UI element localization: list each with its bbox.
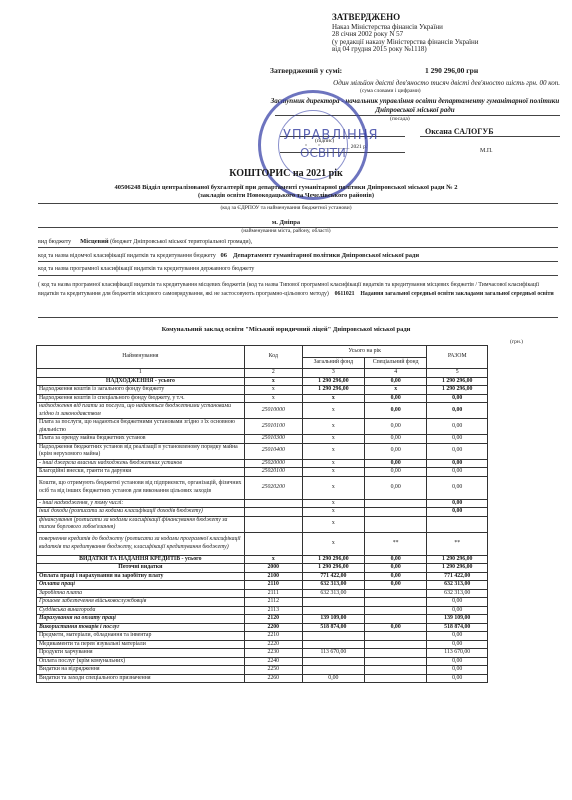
divider bbox=[38, 261, 558, 262]
row-total: 113 670,00 bbox=[427, 649, 488, 658]
row-name: НАДХОДЖЕННЯ - усього bbox=[37, 377, 245, 386]
table-row: повернення кредитів до бюджету (розписат… bbox=[37, 532, 488, 555]
row-special-fund bbox=[364, 632, 427, 641]
program-classification: ( код та назва програмної класифікації в… bbox=[38, 281, 558, 298]
row-name: Медикаменти та перев`язувальні матеріали bbox=[37, 640, 245, 649]
department-classification: код та назва відомчої класифікації видат… bbox=[38, 252, 419, 259]
row-code: 2100 bbox=[244, 572, 302, 581]
divider bbox=[38, 275, 558, 276]
column-number: 4 bbox=[364, 369, 427, 378]
row-general-fund: 1 290 296,00 bbox=[302, 386, 364, 395]
row-total: 0,00 bbox=[427, 419, 488, 435]
row-special-fund: 0,00 bbox=[364, 623, 427, 632]
row-general-fund: 518 874,00 bbox=[302, 623, 364, 632]
row-name: Оплата праці і нарахування на заробітну … bbox=[37, 572, 245, 581]
row-name: Видатки на відрядження bbox=[37, 666, 245, 675]
table-row: - інші надходження, у тому числі:х0,00 bbox=[37, 499, 488, 508]
row-general-fund: х bbox=[302, 443, 364, 459]
header-year-total: Усього на рік bbox=[302, 346, 427, 358]
budget-type-note: (бюджет Дніпровської міської територіаль… bbox=[110, 239, 252, 245]
row-code: 2113 bbox=[244, 606, 302, 615]
row-special-fund: 0,00 bbox=[364, 476, 427, 499]
row-total: 0,00 bbox=[427, 632, 488, 641]
table-row: Грошове забезпечення військовослужбовців… bbox=[37, 598, 488, 607]
divider bbox=[38, 203, 558, 204]
row-name: Використання товарів і послуг bbox=[37, 623, 245, 632]
row-name: Грошове забезпечення військовослужбовців bbox=[37, 598, 245, 607]
row-code: 25020200 bbox=[244, 476, 302, 499]
row-total: 0,00 bbox=[427, 606, 488, 615]
row-total: 0,00 bbox=[427, 598, 488, 607]
row-total: 139 109,00 bbox=[427, 615, 488, 624]
table-row: Оплата праці2110632 313,000,00632 313,00 bbox=[37, 581, 488, 590]
row-total: 632 313,00 bbox=[427, 589, 488, 598]
row-general-fund bbox=[302, 632, 364, 641]
row-special-fund bbox=[364, 508, 427, 517]
row-general-fund: 1 290 296,00 bbox=[302, 377, 364, 386]
row-total: 0,00 bbox=[427, 666, 488, 675]
row-general-fund: 632 313,00 bbox=[302, 581, 364, 590]
state-classification-label: код та назва програмної класифікації вид… bbox=[38, 266, 254, 272]
program-name: Надання загальної середньої освіти закла… bbox=[360, 291, 553, 297]
row-general-fund: 113 670,00 bbox=[302, 649, 364, 658]
sum-in-words-caption: (сума словами і цифрами) bbox=[360, 88, 421, 94]
table-row: Плата за оренду майна бюджетних установ2… bbox=[37, 435, 488, 444]
row-name: ВИДАТКИ ТА НАДАННЯ КРЕДИТІВ - усього bbox=[37, 555, 245, 564]
row-special-fund bbox=[364, 615, 427, 624]
table-row: Плата за послуги, що надаються бюджетним… bbox=[37, 419, 488, 435]
row-special-fund bbox=[364, 589, 427, 598]
row-special-fund: ** bbox=[364, 532, 427, 555]
row-special-fund: 0,00 bbox=[364, 555, 427, 564]
row-code bbox=[244, 508, 302, 517]
table-row: Надходження коштів із загального фонду б… bbox=[37, 386, 488, 395]
row-code: 2200 bbox=[244, 623, 302, 632]
row-total: 1 290 296,00 bbox=[427, 555, 488, 564]
budget-type-value: Місцевий bbox=[80, 238, 108, 245]
approved-sum-label: Затверджений у сумі: bbox=[270, 66, 342, 75]
department-name: Департамент гуманітарної політики Дніпро… bbox=[233, 252, 419, 259]
column-number: 2 bbox=[244, 369, 302, 378]
row-special-fund bbox=[364, 598, 427, 607]
row-name: Плата за оренду майна бюджетних установ bbox=[37, 435, 245, 444]
row-total: 0,00 bbox=[427, 657, 488, 666]
row-name: Оплата праці bbox=[37, 581, 245, 590]
table-row: Предмети, матеріали, обладнання та інвен… bbox=[37, 632, 488, 641]
table-row: Використання товарів і послуг2200518 874… bbox=[37, 623, 488, 632]
row-general-fund: 1 290 296,00 bbox=[302, 564, 364, 573]
row-special-fund bbox=[364, 499, 427, 508]
row-total: 0,00 bbox=[427, 435, 488, 444]
signer-name: Оксана САЛОГУБ bbox=[425, 127, 493, 136]
department-label: код та назва відомчої класифікації видат… bbox=[38, 253, 216, 259]
row-special-fund bbox=[364, 657, 427, 666]
row-name: повернення кредитів до бюджету (розписат… bbox=[37, 532, 245, 555]
row-code: 25010100 bbox=[244, 419, 302, 435]
table-row: Кошти, що отримують бюджетні установи ві… bbox=[37, 476, 488, 499]
approval-line: від 04 грудня 2015 року №1118) bbox=[332, 46, 479, 54]
row-name: Оплата послуг (крім комунальних) bbox=[37, 657, 245, 666]
row-special-fund: 0,00 bbox=[364, 459, 427, 468]
row-total: 0,00 bbox=[427, 468, 488, 477]
department-code: 06 bbox=[220, 252, 227, 259]
row-general-fund: х bbox=[302, 532, 364, 555]
row-special-fund: 0,00 bbox=[364, 564, 427, 573]
row-general-fund: 632 313,00 bbox=[302, 589, 364, 598]
column-number: 1 bbox=[37, 369, 245, 378]
row-code: 25010300 bbox=[244, 435, 302, 444]
row-total bbox=[427, 516, 488, 532]
table-row: Медикаменти та перев`язувальні матеріали… bbox=[37, 640, 488, 649]
row-code: 2112 bbox=[244, 598, 302, 607]
row-general-fund: х bbox=[302, 516, 364, 532]
row-name: Надходження коштів із спеціального фонду… bbox=[37, 394, 245, 403]
row-special-fund: 0,00 bbox=[364, 581, 427, 590]
row-code: х bbox=[244, 386, 302, 395]
row-name: Надходження коштів із загального фонду б… bbox=[37, 386, 245, 395]
row-name: Благодійні внески, гранти та дарунки bbox=[37, 468, 245, 477]
row-total: 632 313,00 bbox=[427, 581, 488, 590]
row-code: 25010400 bbox=[244, 443, 302, 459]
row-total: 0,00 bbox=[427, 443, 488, 459]
row-code: 2260 bbox=[244, 674, 302, 683]
row-special-fund: 0,00 bbox=[364, 443, 427, 459]
row-special-fund: 0,00 bbox=[364, 572, 427, 581]
table-row: Благодійні внески, гранти та дарунки2502… bbox=[37, 468, 488, 477]
row-general-fund bbox=[302, 657, 364, 666]
row-name: Суддівська винагорода bbox=[37, 606, 245, 615]
row-special-fund: 0,00 bbox=[364, 403, 427, 419]
stamp-text: ОСВІТИ bbox=[300, 146, 346, 160]
document-title: КОШТОРИС на 2021 рік bbox=[0, 168, 572, 179]
row-code bbox=[244, 532, 302, 555]
program-code: 0611021 bbox=[335, 291, 355, 297]
row-code: 2220 bbox=[244, 640, 302, 649]
row-name: Продукти харчування bbox=[37, 649, 245, 658]
approval-block: ЗАТВЕРДЖЕНО Наказ Міністерства фінансів … bbox=[332, 14, 479, 54]
table-row: Заробітна плата2111632 313,00632 313,00 bbox=[37, 589, 488, 598]
row-total: 0,00 bbox=[427, 640, 488, 649]
row-total: 1 290 296,00 bbox=[427, 377, 488, 386]
row-total: 1 290 296,00 bbox=[427, 564, 488, 573]
header-code: Код bbox=[244, 346, 302, 369]
row-general-fund bbox=[302, 640, 364, 649]
row-general-fund: х bbox=[302, 508, 364, 517]
estimate-table: Найменування Код Усього на рік РАЗОМ Заг… bbox=[36, 345, 488, 683]
seal-place: М.П. bbox=[480, 148, 493, 154]
row-general-fund: х bbox=[302, 403, 364, 419]
row-code: 25020100 bbox=[244, 468, 302, 477]
row-general-fund: х bbox=[302, 459, 364, 468]
row-name: Видатки та заходи спеціального призначен… bbox=[37, 674, 245, 683]
row-name: фінансування (розписати за кодами класиф… bbox=[37, 516, 245, 532]
row-total: 518 874,00 bbox=[427, 623, 488, 632]
row-code: 2000 bbox=[244, 564, 302, 573]
row-special-fund: 0,00 bbox=[364, 468, 427, 477]
organization-caption: (код за ЄДРПОУ та найменування бюджетної… bbox=[0, 205, 572, 211]
header-name: Найменування bbox=[37, 346, 245, 369]
table-row: Надходження коштів із спеціального фонду… bbox=[37, 394, 488, 403]
row-code: 2120 bbox=[244, 615, 302, 624]
sum-in-words: Один мільйон двісті дев'яносто тисяч дві… bbox=[240, 79, 560, 87]
row-general-fund: х bbox=[302, 435, 364, 444]
row-general-fund bbox=[302, 666, 364, 675]
row-code bbox=[244, 516, 302, 532]
column-number: 3 bbox=[302, 369, 364, 378]
row-special-fund: 0,00 bbox=[364, 394, 427, 403]
position-caption: (посада) bbox=[390, 116, 410, 122]
row-code: 25010000 bbox=[244, 403, 302, 419]
table-row: Суддівська винагорода21130,00 bbox=[37, 606, 488, 615]
row-code: 2240 bbox=[244, 657, 302, 666]
divider bbox=[38, 247, 558, 248]
row-code: 2110 bbox=[244, 581, 302, 590]
row-code: х bbox=[244, 377, 302, 386]
row-special-fund bbox=[364, 606, 427, 615]
row-total: 0,00 bbox=[427, 476, 488, 499]
row-name: - інші надходження, у тому числі: bbox=[37, 499, 245, 508]
table-row: Поточні видатки20001 290 296,000,001 290… bbox=[37, 564, 488, 573]
row-total: 1 290 296,00 bbox=[427, 386, 488, 395]
table-row: НАДХОДЖЕННЯ - усьогох1 290 296,000,001 2… bbox=[37, 377, 488, 386]
divider bbox=[420, 136, 560, 137]
row-code: 2250 bbox=[244, 666, 302, 675]
row-general-fund: х bbox=[302, 394, 364, 403]
header-general-fund: Загальний фонд bbox=[302, 357, 364, 369]
organization-line: (закладів освіти Новокодацького та Чечел… bbox=[0, 192, 572, 200]
row-name: Нарахування на оплату праці bbox=[37, 615, 245, 624]
table-row: Продукти харчування2230113 670,00113 670… bbox=[37, 649, 488, 658]
table-row: Надходження бюджетних установ від реаліз… bbox=[37, 443, 488, 459]
row-special-fund bbox=[364, 640, 427, 649]
row-general-fund bbox=[302, 598, 364, 607]
row-name: Плата за послуги, що надаються бюджетним… bbox=[37, 419, 245, 435]
stamp-text: УПРАВЛІННЯ bbox=[283, 128, 379, 143]
row-general-fund: х bbox=[302, 468, 364, 477]
row-name: Предмети, матеріали, обладнання та інвен… bbox=[37, 632, 245, 641]
row-total: 0,00 bbox=[427, 459, 488, 468]
row-code: 2111 bbox=[244, 589, 302, 598]
budget-type: вид бюджету Місцевий (бюджет Дніпровсько… bbox=[38, 238, 252, 245]
row-special-fund: 0,00 bbox=[364, 435, 427, 444]
row-total: 771 422,00 bbox=[427, 572, 488, 581]
row-code: 2210 bbox=[244, 632, 302, 641]
row-code: 25020000 bbox=[244, 459, 302, 468]
table-row: Оплата праці і нарахування на заробітну … bbox=[37, 572, 488, 581]
row-code: х bbox=[244, 394, 302, 403]
header-total: РАЗОМ bbox=[427, 346, 488, 369]
row-name: надходження від плати за послуги, що над… bbox=[37, 403, 245, 419]
row-code bbox=[244, 499, 302, 508]
table-row: ВИДАТКИ ТА НАДАННЯ КРЕДИТІВ - усьогох1 2… bbox=[37, 555, 488, 564]
row-special-fund: х bbox=[364, 386, 427, 395]
row-total: 0,00 bbox=[427, 508, 488, 517]
row-code: 2230 bbox=[244, 649, 302, 658]
header-special-fund: Спеціальний фонд bbox=[364, 357, 427, 369]
row-special-fund bbox=[364, 516, 427, 532]
column-number: 5 bbox=[427, 369, 488, 378]
table-row: фінансування (розписати за кодами класиф… bbox=[37, 516, 488, 532]
approved-sum-value: 1 290 296,00 грн bbox=[425, 66, 478, 75]
row-general-fund: х bbox=[302, 419, 364, 435]
row-special-fund: 0,00 bbox=[364, 419, 427, 435]
row-special-fund bbox=[364, 666, 427, 675]
organization-line: 40506248 Відділ централізованої бухгалте… bbox=[0, 184, 572, 192]
table-row: інші доходи (розписати за кодами класифі… bbox=[37, 508, 488, 517]
row-general-fund: 771 422,00 bbox=[302, 572, 364, 581]
divider bbox=[38, 317, 558, 318]
row-special-fund: 0,00 bbox=[364, 377, 427, 386]
organization-name: 40506248 Відділ централізованої бухгалте… bbox=[0, 184, 572, 200]
row-special-fund bbox=[364, 649, 427, 658]
row-total: 0,00 bbox=[427, 394, 488, 403]
row-general-fund: х bbox=[302, 499, 364, 508]
row-general-fund bbox=[302, 606, 364, 615]
row-name: інші доходи (розписати за кодами класифі… bbox=[37, 508, 245, 517]
table-row: Нарахування на оплату праці2120139 109,0… bbox=[37, 615, 488, 624]
institution-name: Комунальний заклад освіти "Міський юриди… bbox=[0, 326, 572, 333]
currency-note: (грн.) bbox=[510, 339, 523, 345]
row-general-fund: 1 290 296,00 bbox=[302, 555, 364, 564]
row-name: Кошти, що отримують бюджетні установи ві… bbox=[37, 476, 245, 499]
row-code: х bbox=[244, 555, 302, 564]
row-total: 0,00 bbox=[427, 499, 488, 508]
row-total: 0,00 bbox=[427, 403, 488, 419]
row-name: Поточні видатки bbox=[37, 564, 245, 573]
table-row: Видатки на відрядження22500,00 bbox=[37, 666, 488, 675]
row-general-fund: х bbox=[302, 476, 364, 499]
table-row: Оплата послуг (крім комунальних)22400,00 bbox=[37, 657, 488, 666]
row-special-fund bbox=[364, 674, 427, 683]
row-name: Надходження бюджетних установ від реаліз… bbox=[37, 443, 245, 459]
city-name: м. Дніпра bbox=[0, 219, 572, 226]
row-general-fund: 139 109,00 bbox=[302, 615, 364, 624]
table-row: - інші джерела власних надходжень бюджет… bbox=[37, 459, 488, 468]
city-caption: (найменування міста, району, області) bbox=[0, 228, 572, 234]
approval-title: ЗАТВЕРДЖЕНО bbox=[332, 14, 479, 22]
table-row: надходження від плати за послуги, що над… bbox=[37, 403, 488, 419]
budget-type-label: вид бюджету bbox=[38, 239, 71, 245]
row-name: - інші джерела власних надходжень бюджет… bbox=[37, 459, 245, 468]
table-row: Видатки та заходи спеціального призначен… bbox=[37, 674, 488, 683]
row-total: ** bbox=[427, 532, 488, 555]
row-total: 0,00 bbox=[427, 674, 488, 683]
row-name: Заробітна плата bbox=[37, 589, 245, 598]
estimate-table-body: НАДХОДЖЕННЯ - усьогох1 290 296,000,001 2… bbox=[37, 377, 488, 683]
row-general-fund: 0,00 bbox=[302, 674, 364, 683]
